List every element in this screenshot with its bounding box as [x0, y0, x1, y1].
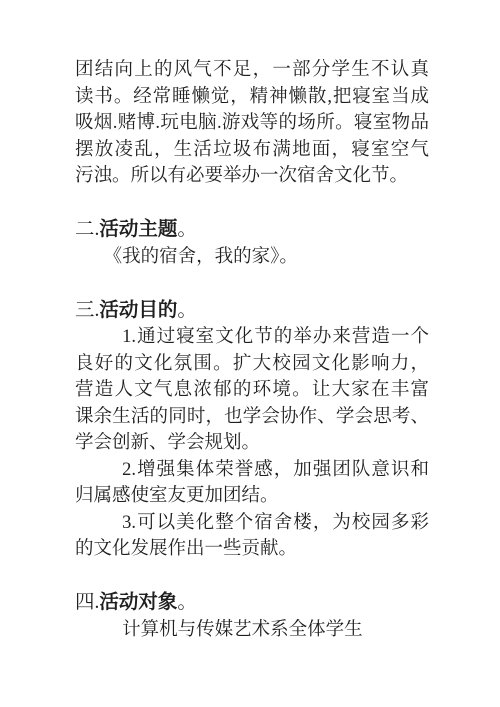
paragraph-line: 吸烟.赌博.玩电脑.游戏等的场所。寝室物品 — [75, 110, 429, 137]
section-number: 三. — [75, 300, 99, 321]
paragraph-line: 团结向上的风气不足，一部分学生不认真 — [75, 57, 429, 84]
paragraph-line: 的文化发展作出一些贡献。 — [75, 536, 429, 563]
intro-paragraph: 团结向上的风气不足，一部分学生不认真读书。经常睡懒觉，精神懒散,把寝室当成吸烟.… — [75, 57, 429, 190]
section-period: 。 — [177, 219, 197, 240]
paragraph-line: 污浊。所以有必要举办一次宿舍文化节。 — [75, 163, 429, 190]
paragraph-line: 营造人文气息浓郁的环境。让大家在丰富 — [75, 377, 429, 404]
paragraph-line: 归属感使室友更加团结。 — [75, 483, 429, 510]
document-section: 四.活动对象。 计算机与传媒艺术系全体学生 — [75, 589, 429, 643]
section-heading: 二.活动主题。 — [75, 216, 429, 244]
sections-container: 二.活动主题。 《我的宿舍，我的家》。 三.活动目的。 1.通过寝室文化节的举办… — [75, 216, 429, 643]
document-page: 团结向上的风气不足，一部分学生不认真读书。经常睡懒觉，精神懒散,把寝室当成吸烟.… — [0, 0, 500, 707]
section-title: 活动对象 — [99, 591, 177, 613]
paragraph-line: 课余生活的同时，也学会协作、学会思考、 — [75, 404, 429, 431]
paragraph-line: 计算机与传媒艺术系全体学生 — [75, 617, 429, 644]
section-heading: 三.活动目的。 — [75, 297, 429, 325]
paragraph-line: 2.增强集体荣誉感，加强团队意识和 — [75, 457, 429, 484]
paragraph-line: 摆放凌乱，生活垃圾布满地面，寝室空气 — [75, 137, 429, 164]
paragraph-line: 良好的文化氛围。扩大校园文化影响力， — [75, 351, 429, 378]
paragraph-line: 读书。经常睡懒觉，精神懒散,把寝室当成 — [75, 84, 429, 111]
document-section: 三.活动目的。 1.通过寝室文化节的举办来营造一个良好的文化氛围。扩大校园文化影… — [75, 297, 429, 563]
section-number: 二. — [75, 219, 99, 240]
paragraph-line: 《我的宿舍，我的家》。 — [75, 244, 429, 271]
section-period: 。 — [177, 300, 197, 321]
paragraph-line: 1.通过寝室文化节的举办来营造一个 — [75, 324, 429, 351]
document-section: 二.活动主题。 《我的宿舍，我的家》。 — [75, 216, 429, 270]
section-period: 。 — [177, 592, 197, 613]
section-heading: 四.活动对象。 — [75, 589, 429, 617]
section-title: 活动目的 — [99, 299, 177, 321]
section-title: 活动主题 — [99, 218, 177, 240]
paragraph-line: 3.可以美化整个宿舍楼，为校园多彩 — [75, 510, 429, 537]
document-content: 团结向上的风气不足，一部分学生不认真读书。经常睡懒觉，精神懒散,把寝室当成吸烟.… — [75, 57, 429, 643]
paragraph-line: 学会创新、学会规划。 — [75, 430, 429, 457]
section-number: 四. — [75, 592, 99, 613]
